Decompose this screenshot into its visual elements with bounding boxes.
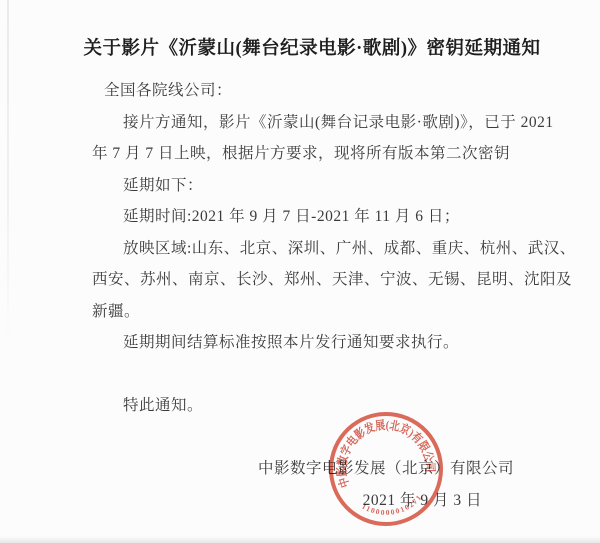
settlement-line: 延期期间结算标准按照本片发行通知要求执行。 (92, 327, 554, 359)
screening-regions-line: 新疆。 (92, 296, 554, 328)
paragraph-line: 延期如下： (92, 170, 554, 202)
scanned-notice-page: 关于影片《沂蒙山(舞台纪录电影·歌剧)》密钥延期通知 全国各院线公司： 接片方通… (0, 0, 600, 543)
paragraph-line: 接片方通知，影片《沂蒙山(舞台记录电影·歌剧)》，已于 2021 (92, 107, 554, 139)
blank-line (92, 422, 554, 454)
screening-regions-line: 放映区域:山东、北京、深圳、广州、成都、重庆、杭州、武汉、 (92, 233, 554, 265)
notice-title: 关于影片《沂蒙山(舞台纪录电影·歌剧)》密钥延期通知 (12, 0, 600, 60)
signature-company: 中影数字电影发展（北京）有限公司 (92, 453, 554, 485)
signature-date: 2021 年 9 月 3 日 (92, 485, 554, 517)
scan-artifact-bottom-edge (0, 536, 600, 543)
blank-line (92, 359, 554, 391)
salutation: 全国各院线公司： (104, 75, 554, 107)
scan-artifact-left-edge (7, 0, 9, 345)
paragraph-line: 年 7 月 7 日上映，根据片方要求，现将所有版本第二次密钥 (92, 138, 554, 170)
validity-period-line: 延期时间:2021 年 9 月 7 日-2021 年 11 月 6 日； (92, 201, 554, 233)
closing-line: 特此通知。 (92, 390, 554, 422)
notice-body: 全国各院线公司： 接片方通知，影片《沂蒙山(舞台记录电影·歌剧)》，已于 202… (0, 75, 600, 516)
screening-regions-line: 西安、苏州、南京、长沙、郑州、天津、宁波、无锡、昆明、沈阳及 (92, 264, 554, 296)
